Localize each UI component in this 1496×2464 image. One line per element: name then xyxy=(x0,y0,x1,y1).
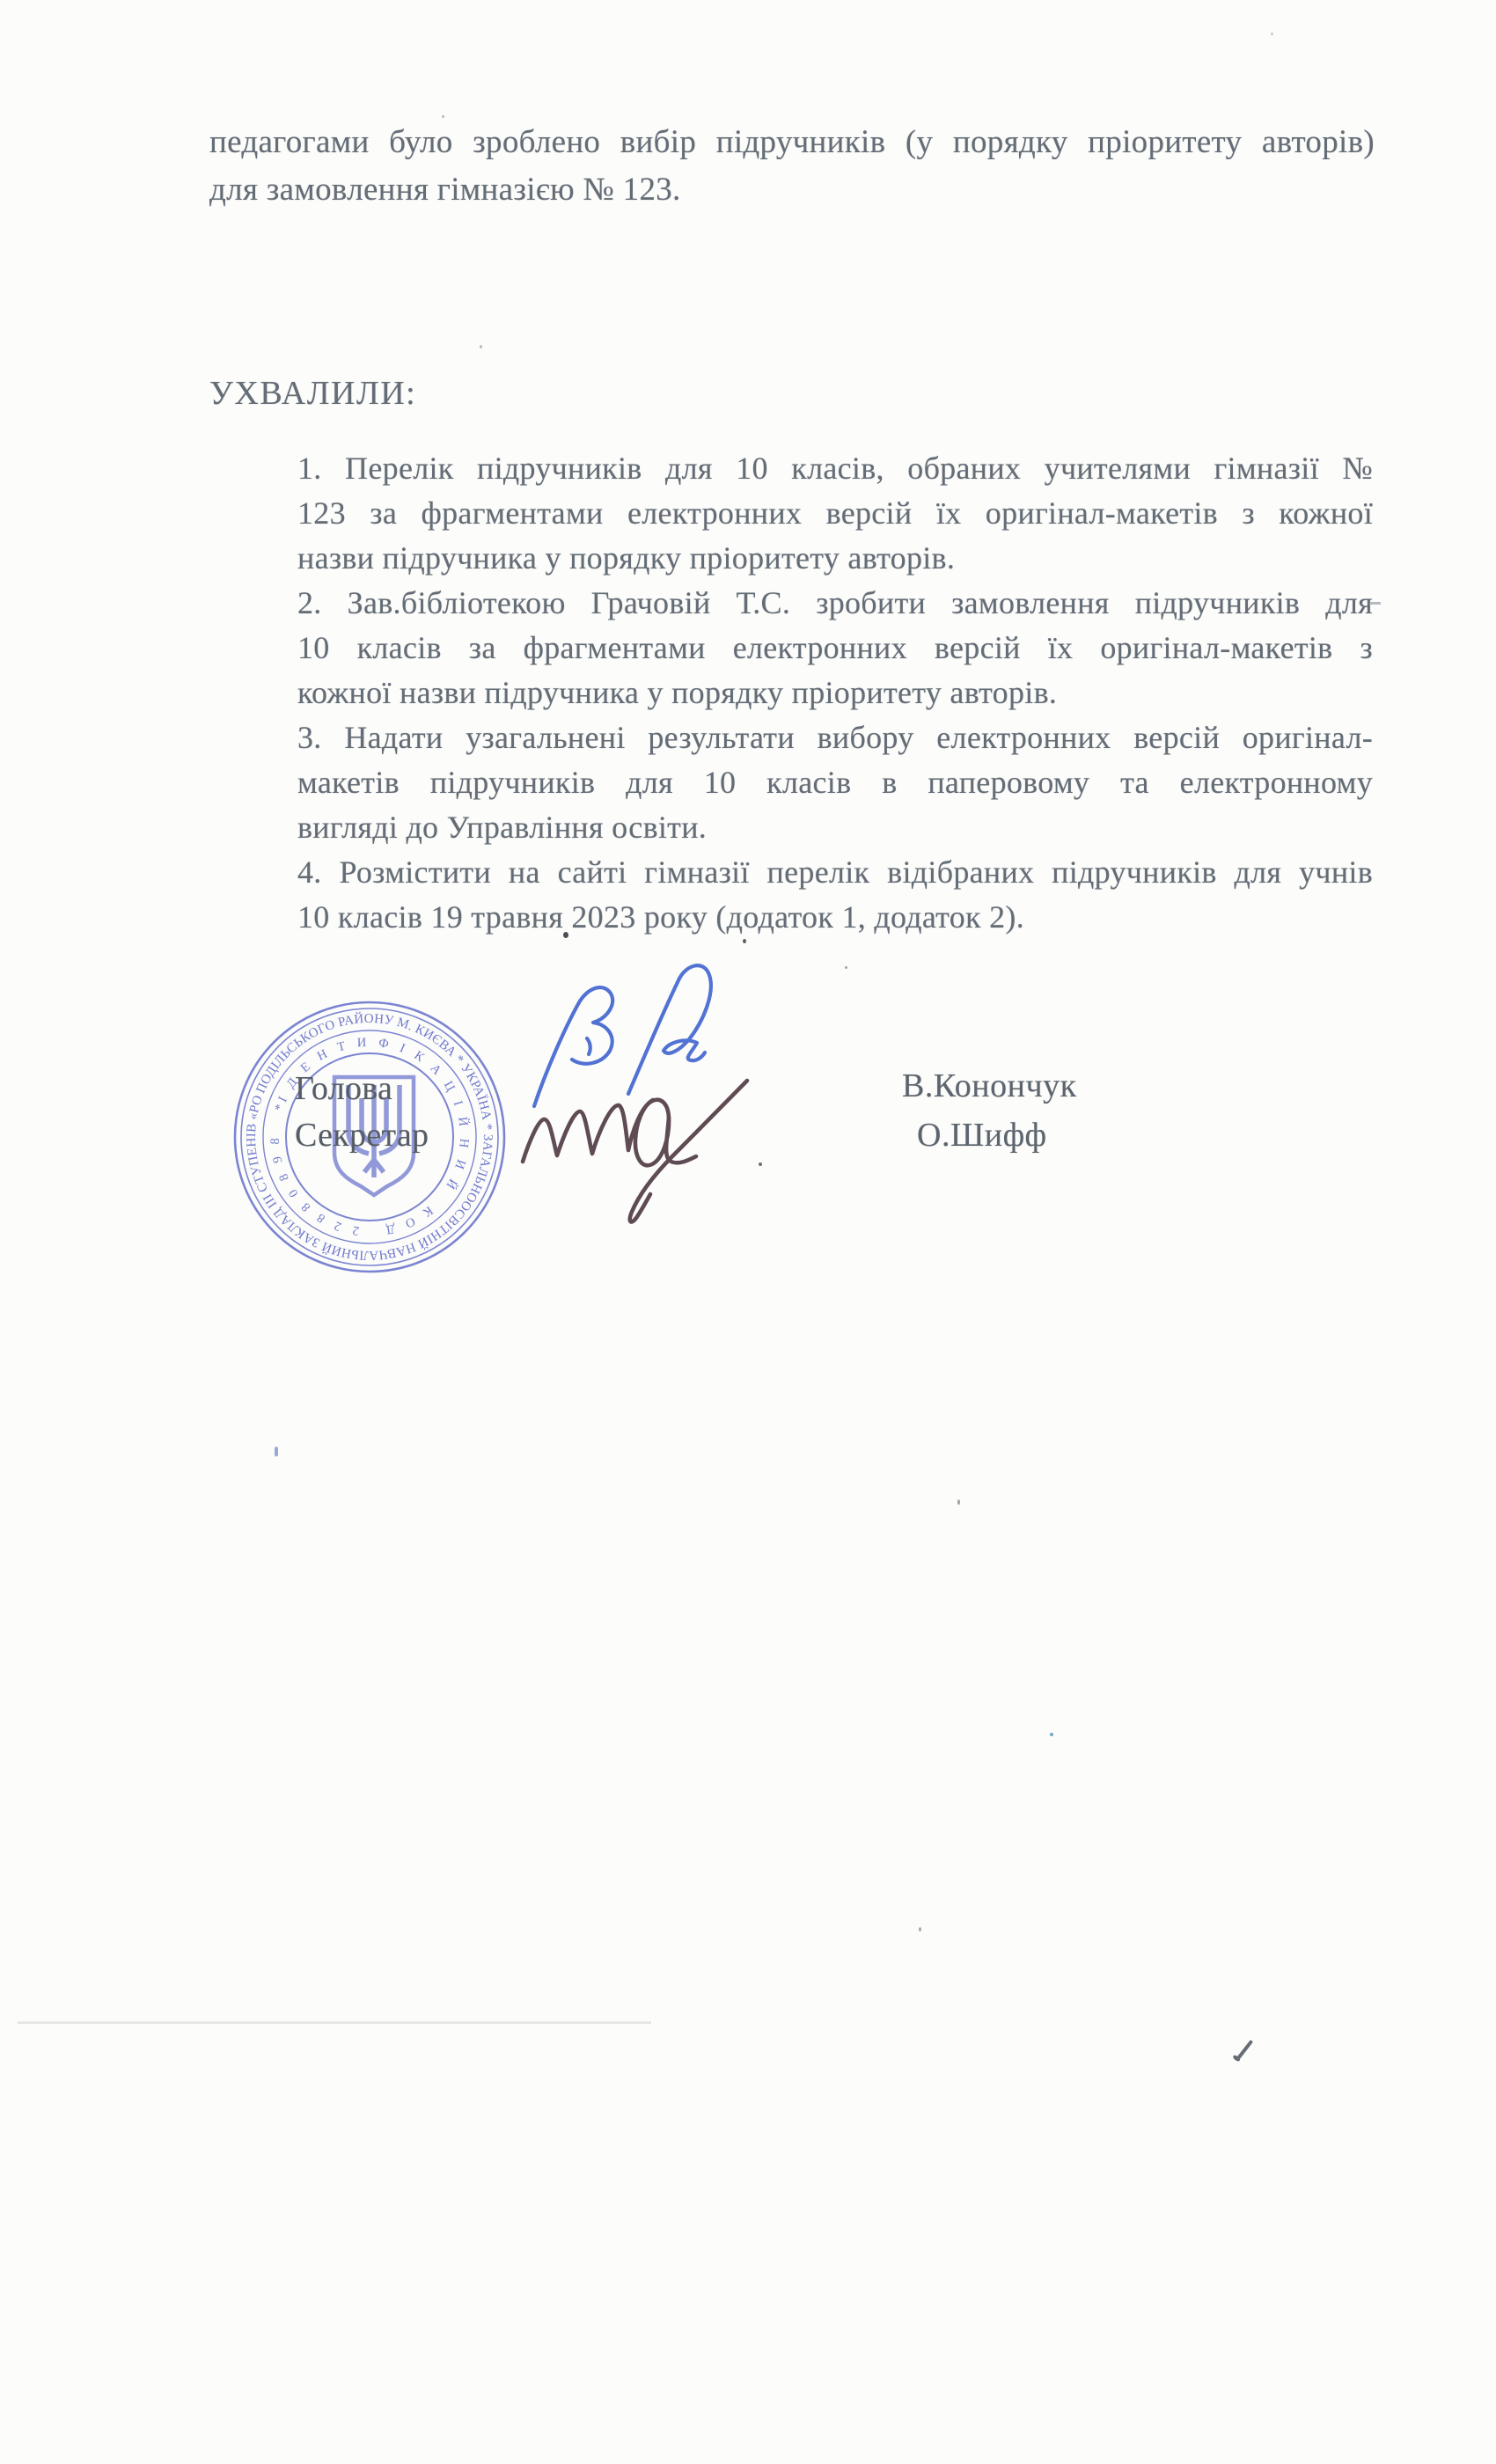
scan-mark xyxy=(1236,2040,1253,2062)
scan-dash xyxy=(1369,602,1381,605)
resolution-line: вигляді до Управління освіти. xyxy=(297,805,1373,850)
role-chair-label: Голова xyxy=(295,1066,429,1112)
secretary-name: О.Шифф xyxy=(917,1116,1047,1155)
resolution-line: кожної назви підручника у порядку пріори… xyxy=(297,671,1373,715)
role-secretary-label: Секретар xyxy=(295,1112,429,1159)
scan-speck xyxy=(1050,1733,1053,1736)
resolution-line: 10 класів 19 травня 2023 року (додаток 1… xyxy=(297,895,1373,940)
handwritten-signatures xyxy=(493,915,792,1250)
scan-speck xyxy=(442,115,444,118)
scan-speck xyxy=(957,1500,960,1505)
resolution-line: 1. Перелік підручників для 10 класів, об… xyxy=(297,446,1373,491)
resolution-line: 3. Надати узагальнені результати вибору … xyxy=(297,715,1373,760)
scanned-document-page: педагогами було зроблено вибір підручник… xyxy=(0,0,1496,2464)
resolved-heading: УХВАЛИЛИ: xyxy=(209,373,416,414)
scan-speck xyxy=(919,1927,921,1932)
intro-paragraph: педагогами було зроблено вибір підручник… xyxy=(209,119,1375,214)
signature-role-labels: Голова Секретар xyxy=(295,1066,429,1159)
scan-speck xyxy=(845,966,847,969)
chair-name: В.Конончук xyxy=(902,1067,1077,1105)
resolution-line: 4. Розмістити на сайті гімназії перелік … xyxy=(297,850,1373,895)
intro-line: педагогами було зроблено вибір підручник… xyxy=(209,119,1375,166)
scan-speck xyxy=(480,345,482,348)
intro-line: для замовлення гімназією № 123. xyxy=(209,166,1375,214)
resolution-line: назви підручника у порядку пріоритету ав… xyxy=(297,536,1373,581)
scan-speck xyxy=(275,1447,278,1456)
resolution-line: макетів підручників для 10 класів в папе… xyxy=(297,760,1373,805)
scan-streak xyxy=(18,2021,651,2024)
resolutions-list: 1. Перелік підручників для 10 класів, об… xyxy=(297,446,1373,940)
resolution-line: 2. Зав.бібліотекою Грачовій Т.С. зробити… xyxy=(297,581,1373,626)
scan-speck xyxy=(1271,33,1273,35)
chair-signature-ink xyxy=(534,965,711,1106)
secretary-signature-ink xyxy=(523,1081,747,1221)
resolution-line: 10 класів за фрагментами електронних вер… xyxy=(297,626,1373,671)
resolution-line: 123 за фрагментами електронних версій їх… xyxy=(297,491,1373,536)
